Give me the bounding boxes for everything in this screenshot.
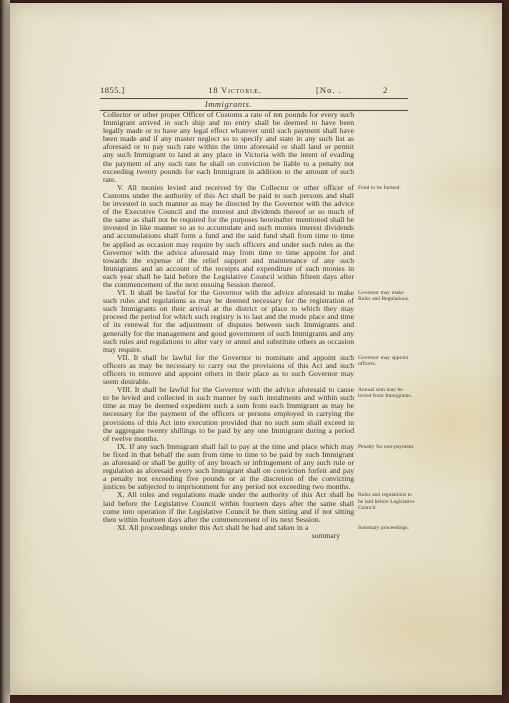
- section-text: IX. If any such Immigrant shall fail to …: [103, 443, 354, 492]
- section-paragraph-viii: VIII. It shall be lawful for the Governo…: [103, 386, 354, 443]
- section-paragraph-x: X. All rules and regulations made under …: [103, 491, 354, 523]
- section-text: VIII. It shall be lawful for the Governo…: [103, 386, 354, 443]
- header-act-title: 18 Victoriæ.: [170, 85, 300, 95]
- margin-note: Fund to be formed.: [358, 185, 415, 191]
- section-paragraph-vii: VII. It shall be lawful for the Governor…: [103, 354, 354, 386]
- section-text: X. All rules and regulations made under …: [103, 491, 354, 523]
- margin-note: Rules and regulations to be laid before …: [358, 492, 415, 510]
- section-paragraph-xi: XI. All proceedings under this Act shall…: [103, 524, 354, 540]
- section-text: VII. It shall be lawful for the Governor…: [103, 354, 354, 386]
- margin-note: Governor may appoint officers.: [358, 355, 415, 367]
- margin-note: Summary proceedings.: [358, 525, 415, 531]
- margin-note: Penalty for non-payment.: [358, 444, 415, 450]
- header-page-number: 2: [383, 85, 387, 95]
- catchword: summary: [103, 532, 354, 540]
- section-paragraph-ix: IX. If any such Immigrant shall fail to …: [103, 443, 354, 492]
- section-text: Collector or other proper Officer of Cus…: [103, 111, 354, 184]
- page-content: 1855.] 18 Victoriæ. [No. . 2 Immigrants.…: [0, 0, 509, 703]
- body-text: Collector or other proper Officer of Cus…: [103, 111, 354, 540]
- section-paragraph-vi: VI. It shall be lawful for the Governor …: [103, 289, 354, 354]
- section-paragraph-continuation: Collector or other proper Officer of Cus…: [103, 111, 354, 184]
- header-year: 1855.]: [100, 85, 125, 95]
- section-text: VI. It shall be lawful for the Governor …: [103, 289, 354, 354]
- margin-note: Governor may make Rules and Regulations.: [358, 290, 415, 302]
- section-text: V. All monies levied and received by the…: [103, 184, 354, 289]
- page-header: 1855.] 18 Victoriæ. [No. . 2: [100, 85, 412, 97]
- section-paragraph-v: V. All monies levied and received by the…: [103, 184, 354, 289]
- margin-note: Annual sum may be levied from Immigrants…: [358, 387, 415, 399]
- header-number-label: [No. .: [316, 85, 342, 95]
- running-title: Immigrants.: [103, 100, 354, 109]
